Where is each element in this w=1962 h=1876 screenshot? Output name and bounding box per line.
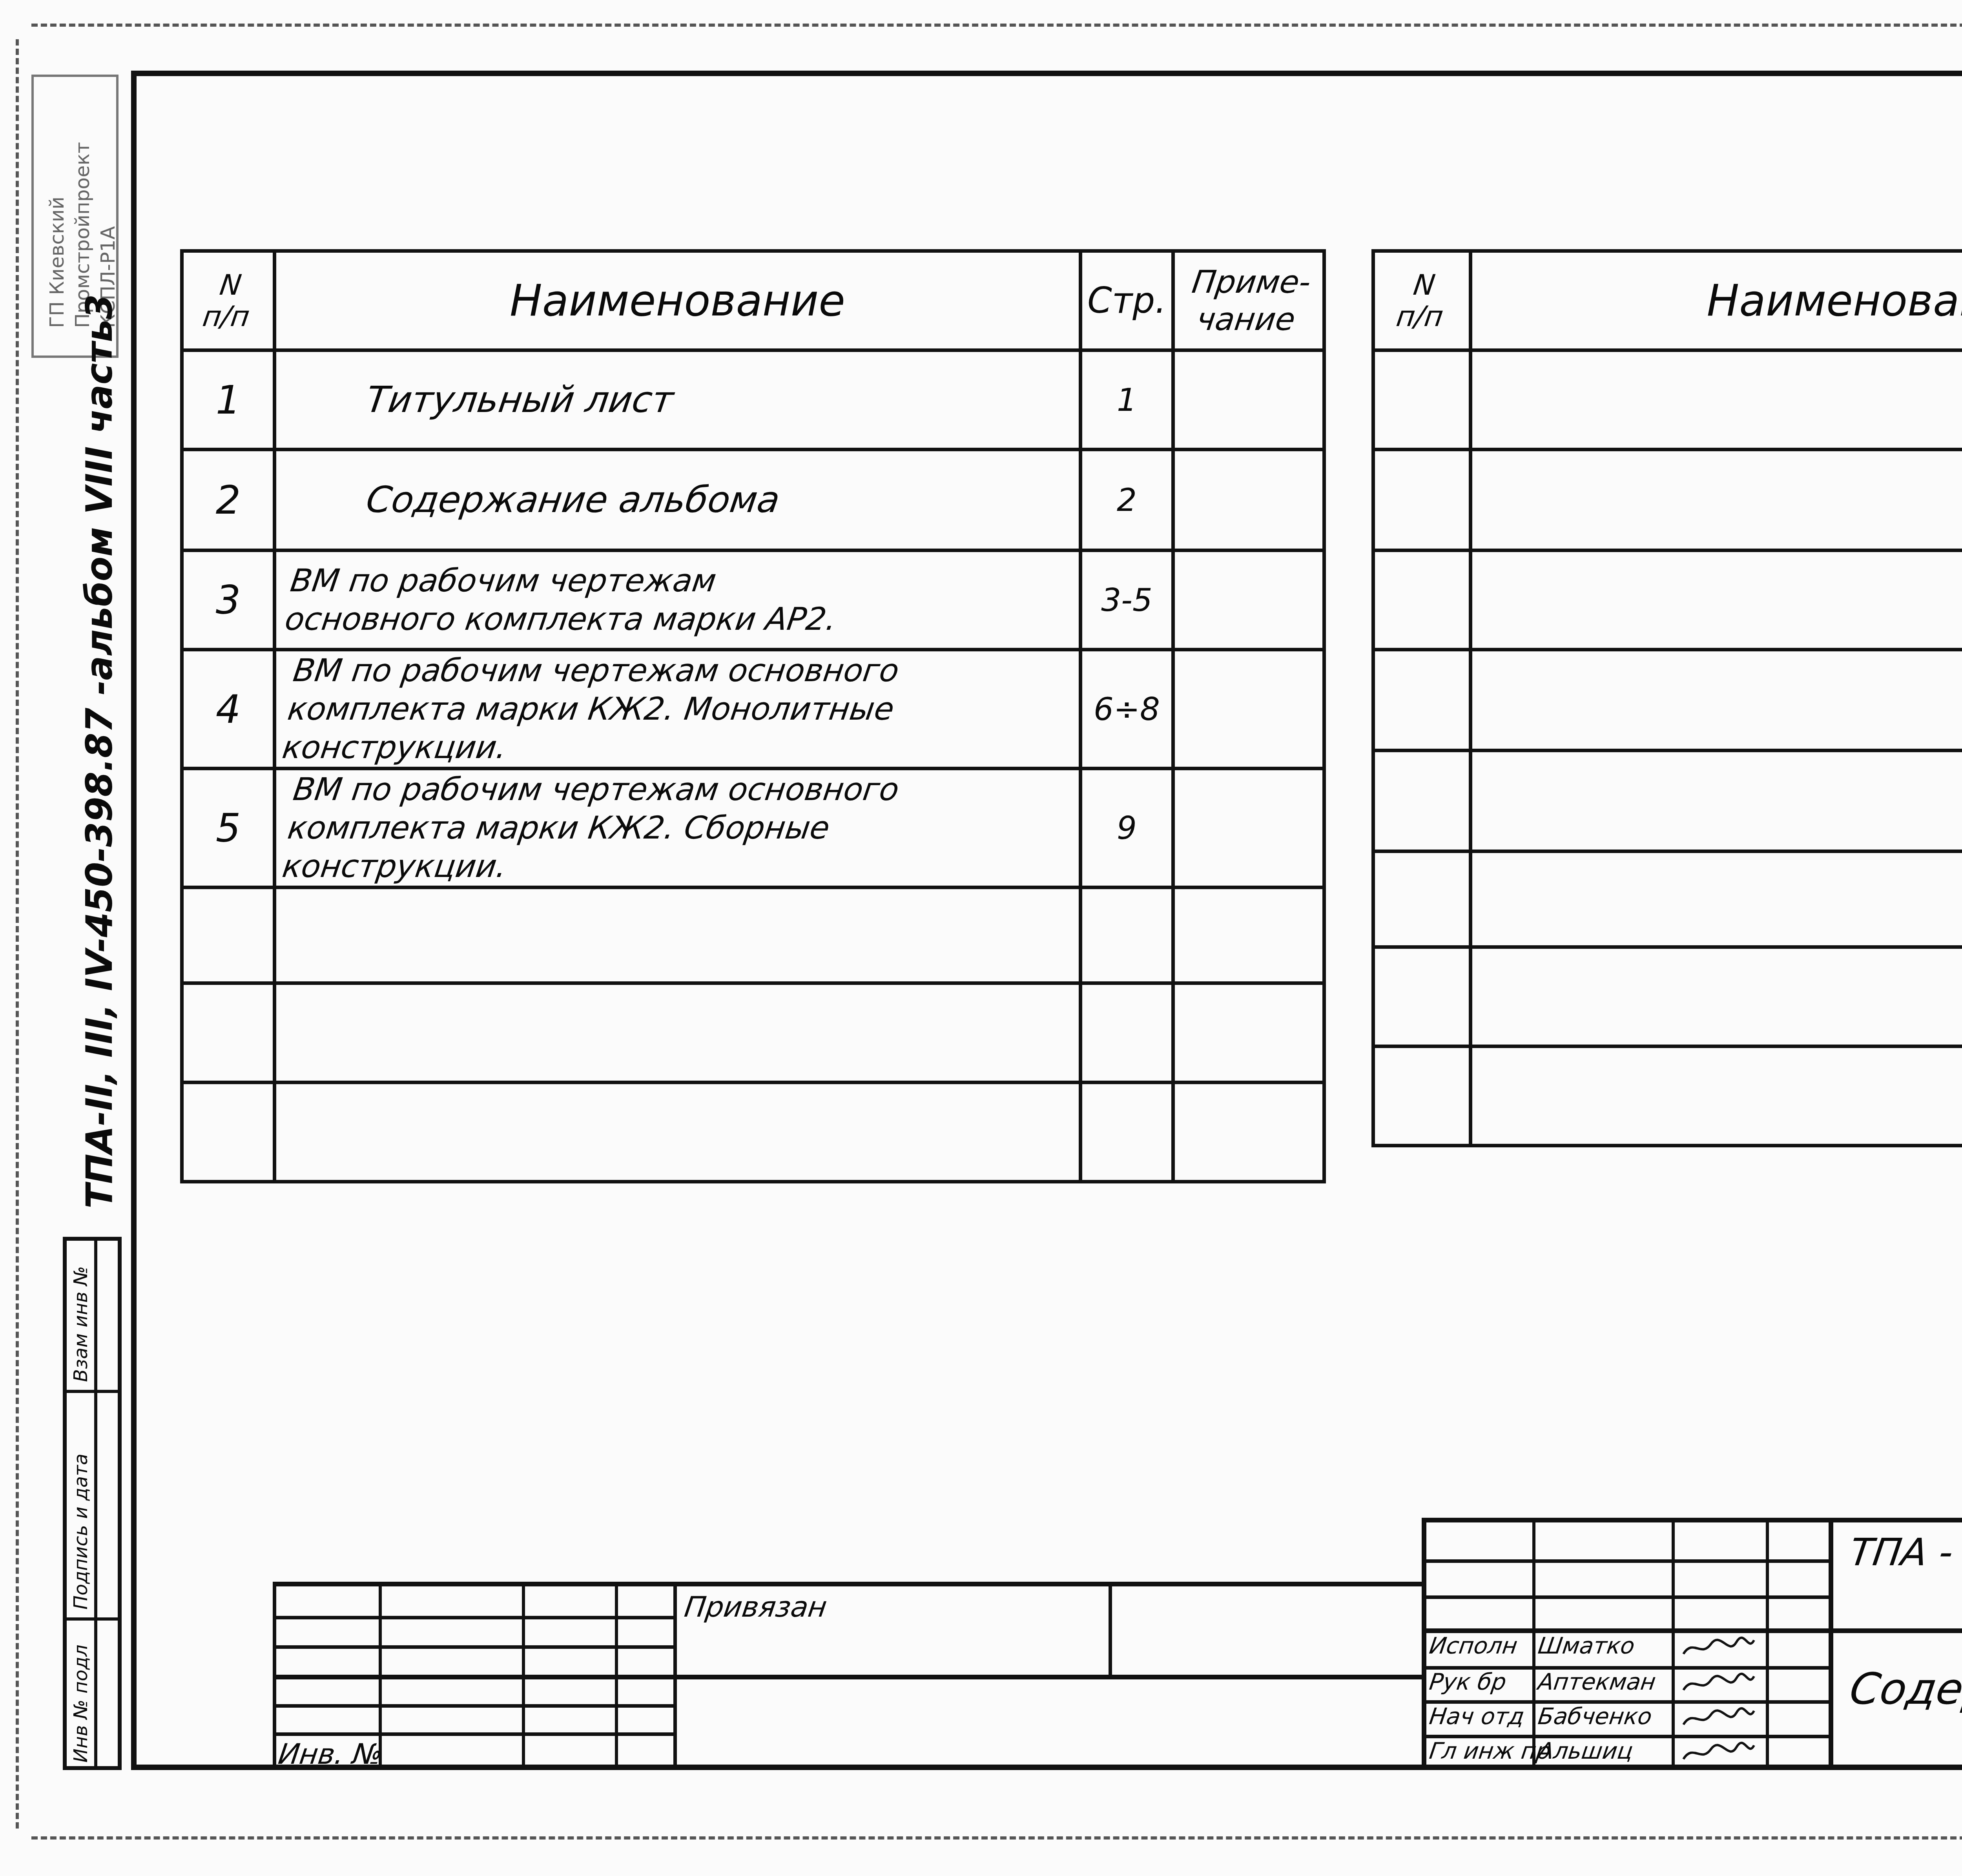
binding-block: Привязан Инв. № [273, 1582, 1422, 1770]
trim-line-bottom [31, 1836, 1962, 1840]
stamp-line-1: ГП Киевский [46, 197, 68, 328]
row-page: 1 [1117, 382, 1137, 418]
table-row: 4ВМ по рабочим чертежам основного компле… [182, 650, 1324, 769]
table-row: 5ВМ по рабочим чертежам основного компле… [182, 769, 1324, 888]
header-num: N п/п [1394, 269, 1450, 332]
privyazan-label: Привязан [682, 1590, 829, 1623]
row-number: 2 [216, 477, 241, 523]
margin-album-title: ТПА-II, III, IV-450-398.87 -альбом VIII … [78, 294, 120, 1209]
table-header-row: N п/п Наименование Стр Приме-чание [1373, 251, 1962, 350]
row-name: ВМ по рабочим чертежам основного комплек… [280, 770, 1061, 886]
document-code: ТПА - II, III, IV - 450 - 398.87 [1847, 1530, 1962, 1574]
row-name: ВМ по рабочим чертежам основного комплек… [283, 562, 882, 638]
table-row [1373, 450, 1962, 551]
margin-fields: Взам инв № Подпись и дата Инв № подл [63, 1237, 122, 1770]
margin-field-inv-podl: Инв № подл [70, 1644, 92, 1763]
table-row [182, 983, 1324, 1083]
header-note: Приме-чание [1185, 263, 1313, 338]
inv-no-label: Инв. № [276, 1737, 385, 1770]
trim-line-left [16, 39, 19, 1829]
contents-table-right: N п/п Наименование Стр Приме-чание [1371, 249, 1962, 1147]
signature-role: Гл инж пр [1428, 1737, 1552, 1764]
row-page: 9 [1117, 810, 1137, 846]
title-block: ТПА - II, III, IV - 450 - 398.87 Содержа… [1422, 1518, 1962, 1770]
table-row [1373, 751, 1962, 851]
table-row [1373, 350, 1962, 450]
signature-role: Нач отд [1428, 1703, 1526, 1730]
row-name: Титульный лист [285, 381, 958, 419]
row-name: Содержание альбома [285, 481, 958, 519]
signature-mark [1681, 1636, 1756, 1660]
row-page: 6÷8 [1094, 691, 1160, 727]
row-number: 5 [216, 805, 241, 851]
table-row: 3ВМ по рабочим чертежам основного компле… [182, 551, 1324, 650]
table-row [1373, 1046, 1962, 1146]
row-number: 4 [216, 686, 241, 732]
trim-line-top [31, 24, 1962, 27]
signature-name: Аптекман [1536, 1668, 1657, 1695]
signature-name: Альшиц [1536, 1737, 1635, 1764]
signature-mark [1681, 1741, 1756, 1765]
row-page: 3-5 [1101, 582, 1152, 618]
signature-mark [1681, 1672, 1756, 1696]
header-num: N п/п [200, 269, 256, 332]
table-row [1373, 851, 1962, 947]
row-number: 1 [216, 377, 241, 423]
margin-field-podpis-data: Подпись и дата [70, 1453, 92, 1610]
table-row: 1Титульный лист1 [182, 350, 1324, 450]
header-name: Наименование [510, 275, 845, 326]
row-name: ВМ по рабочим чертежам основного комплек… [280, 651, 1061, 767]
signature-name: Шматко [1536, 1632, 1636, 1659]
table-row [1373, 947, 1962, 1046]
signature-role: Рук бр [1428, 1668, 1508, 1695]
signature-name: Бабченко [1536, 1703, 1654, 1730]
table-header-row: N п/п Наименование Стр. Приме-чание [182, 251, 1324, 350]
header-name: Наименование [1707, 275, 1962, 326]
signature-mark [1681, 1707, 1756, 1730]
row-number: 3 [216, 577, 241, 623]
table-row: 2Содержание альбома2 [182, 450, 1324, 551]
table-row [1373, 650, 1962, 751]
header-page: Стр. [1087, 280, 1166, 321]
table-row [182, 888, 1324, 983]
table-row [1373, 551, 1962, 650]
contents-table-left: N п/п Наименование Стр. Приме-чание 1Тит… [180, 249, 1326, 1183]
margin-field-vzam-inv: Взам инв № [70, 1266, 92, 1382]
document-title: Содержание альбома [1847, 1664, 1962, 1714]
row-page: 2 [1117, 482, 1137, 518]
signature-role: Исполн [1428, 1632, 1519, 1659]
table-row [182, 1083, 1324, 1182]
